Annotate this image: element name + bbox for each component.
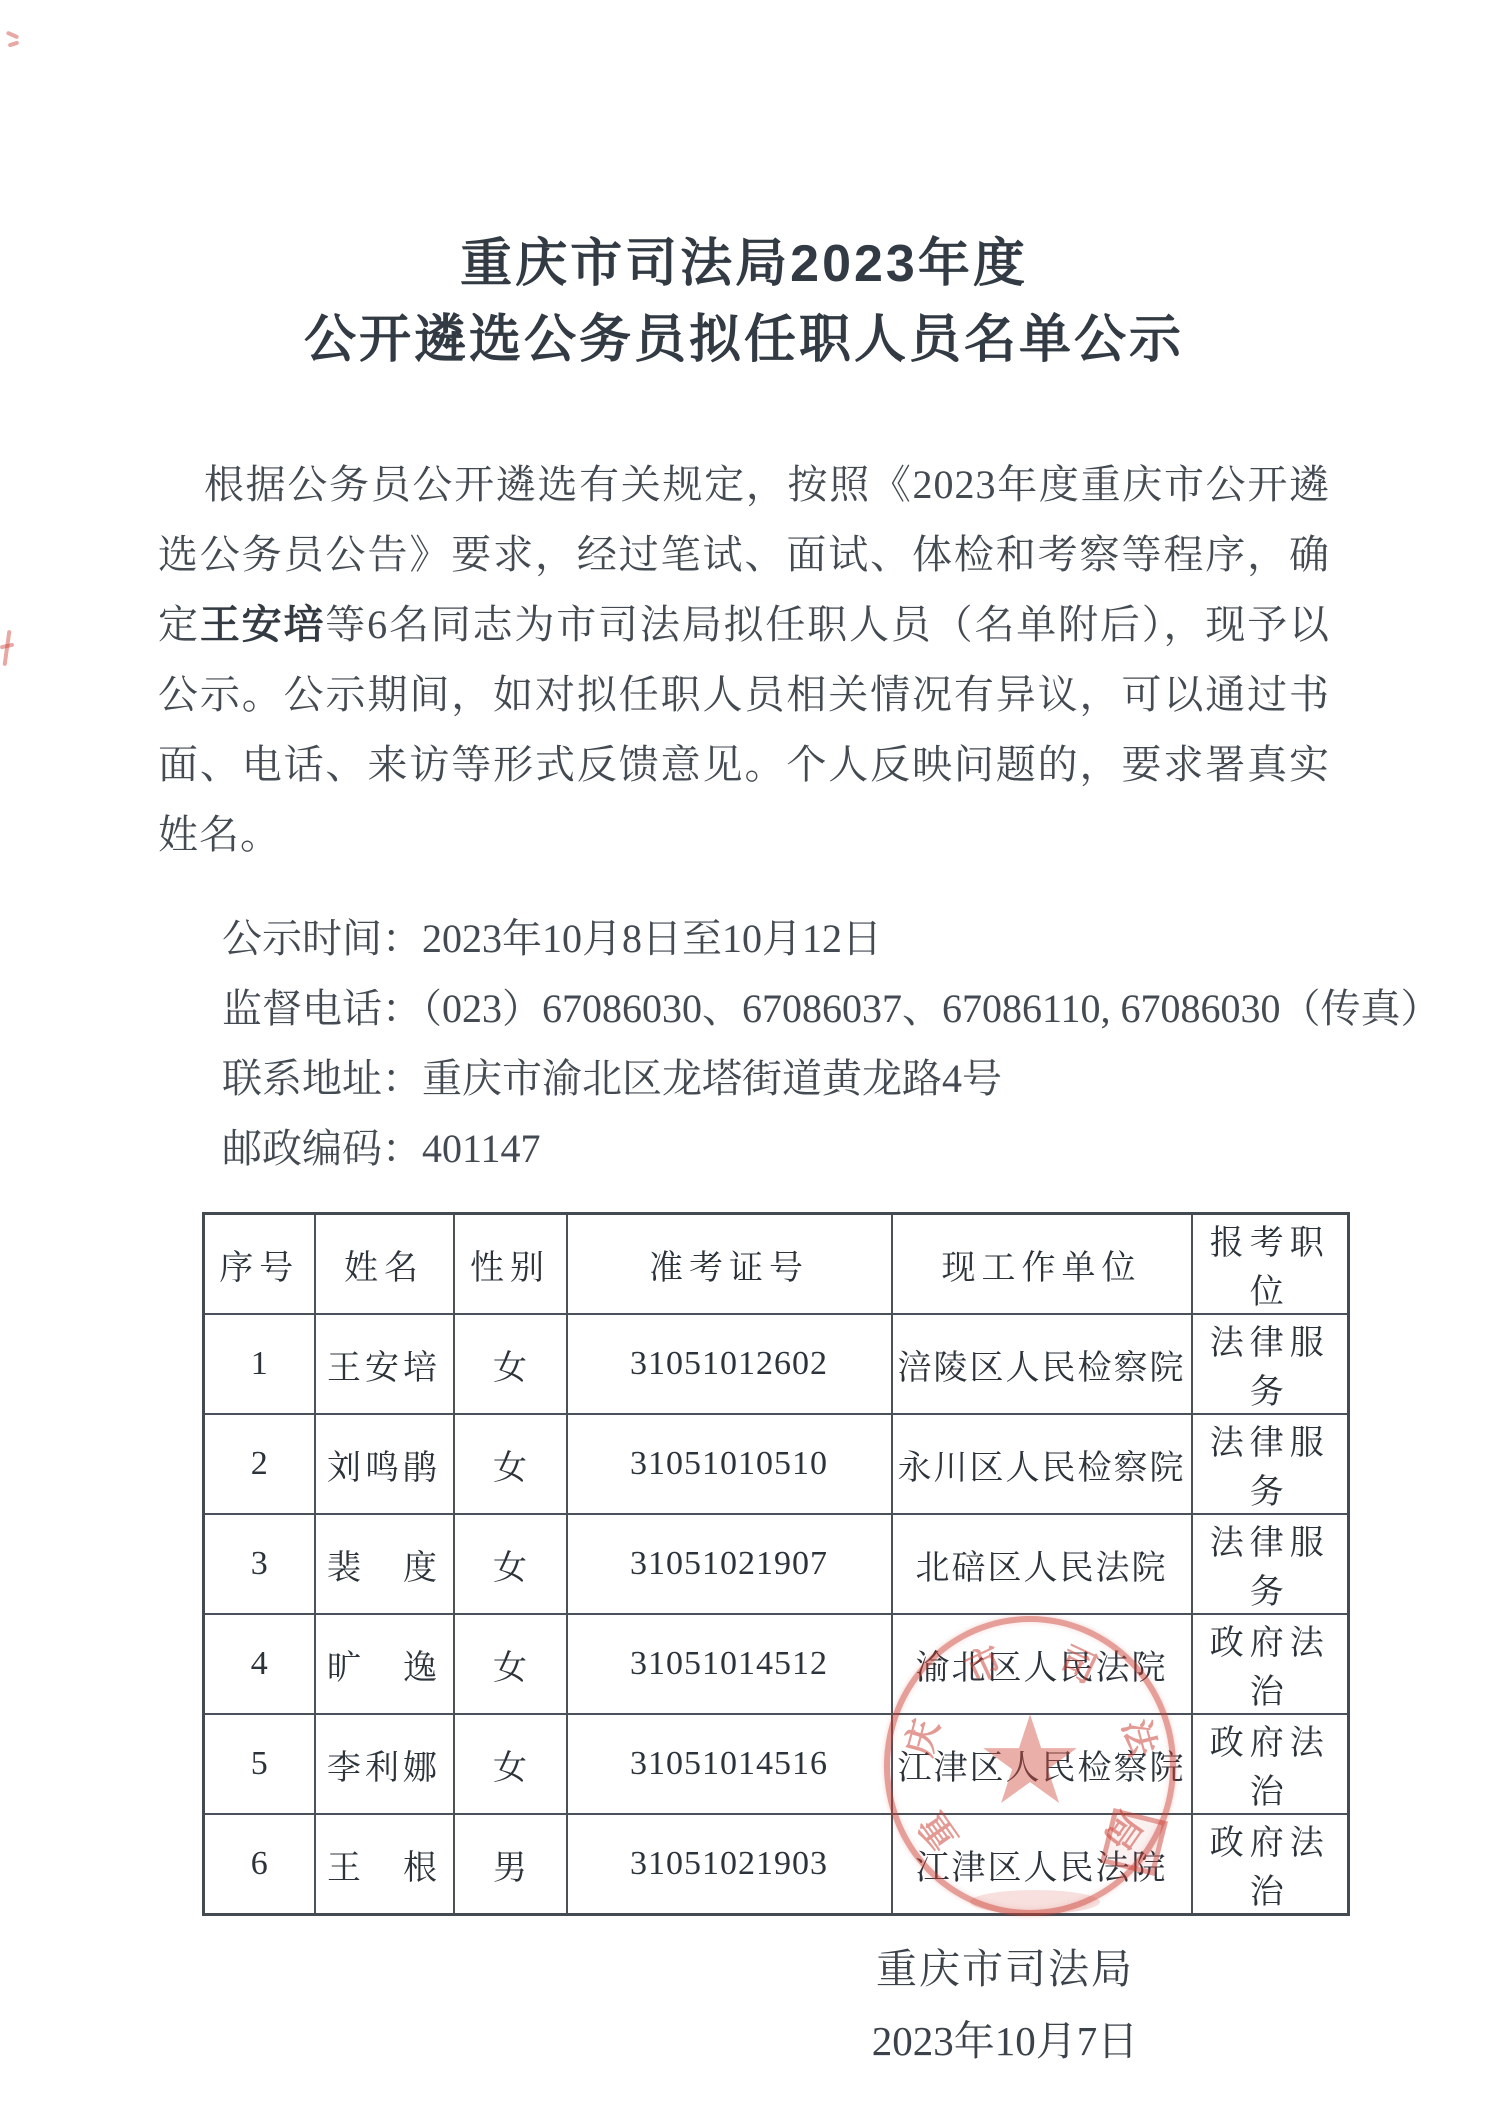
table-cell: 涪陵区人民检察院 xyxy=(892,1314,1192,1414)
table-cell: 31051012602 xyxy=(567,1314,892,1414)
table-cell: 31051014516 xyxy=(567,1714,892,1814)
table-cell: 永川区人民检察院 xyxy=(892,1414,1192,1514)
info-label: 公示时间： xyxy=(222,916,422,961)
table-cell: 女 xyxy=(454,1714,567,1814)
scanned-notice-page: 重庆市司法局2023年度 公开遴选公务员拟任职人员名单公示 根据公务员公开遴选有… xyxy=(0,0,1488,2106)
table-cell: 男 xyxy=(454,1814,567,1915)
table-cell: 3 xyxy=(204,1514,315,1614)
table-header-row: 序号 姓名 性别 准考证号 现工作单位 报考职位 xyxy=(204,1214,1349,1315)
header-cell-ticket-no: 准考证号 xyxy=(567,1214,892,1315)
signature-block: 重庆市司法局 2023年10月7日 xyxy=(865,1940,1145,2070)
table-row: 6 王 根 男 31051021903 江津区人民法院 政府法治 xyxy=(204,1814,1349,1915)
table-row: 4 旷 逸 女 31051014512 渝北区人民法院 政府法治 xyxy=(204,1614,1349,1714)
table-cell: 4 xyxy=(204,1614,315,1714)
info-line-contact-address: 联系地址：重庆市渝北区龙塔街道黄龙路4号 xyxy=(222,1044,1330,1114)
info-label: 联系地址： xyxy=(222,1056,422,1101)
table-cell: 女 xyxy=(454,1514,567,1614)
info-line-publicity-period: 公示时间：2023年10月8日至10月12日 xyxy=(222,904,1330,974)
table-cell: 31051021903 xyxy=(567,1814,892,1915)
candidates-table: 序号 姓名 性别 准考证号 现工作单位 报考职位 1 王安培 女 3105101… xyxy=(202,1212,1350,1916)
table-cell: 2 xyxy=(204,1414,315,1514)
table-cell: 旷 逸 xyxy=(315,1614,454,1714)
table-cell: 女 xyxy=(454,1414,567,1514)
table-cell: 李利娜 xyxy=(315,1714,454,1814)
info-value: （023）67086030、67086037、67086110, 6708603… xyxy=(422,986,1441,1031)
table-cell: 31051010510 xyxy=(567,1414,892,1514)
table-row: 1 王安培 女 31051012602 涪陵区人民检察院 法律服务 xyxy=(204,1314,1349,1414)
table-cell: 政府法治 xyxy=(1192,1714,1349,1814)
table-cell: 政府法治 xyxy=(1192,1614,1349,1714)
info-label: 邮政编码： xyxy=(222,1126,422,1171)
table-cell: 5 xyxy=(204,1714,315,1814)
signature-organization: 重庆市司法局 xyxy=(865,1940,1145,1998)
table-cell: 法律服务 xyxy=(1192,1514,1349,1614)
table-cell: 1 xyxy=(204,1314,315,1414)
table-cell: 31051021907 xyxy=(567,1514,892,1614)
info-value: 401147 xyxy=(422,1126,541,1171)
table-cell: 江津区人民法院 xyxy=(892,1814,1192,1915)
table-cell: 政府法治 xyxy=(1192,1814,1349,1915)
table-cell: 女 xyxy=(454,1314,567,1414)
table-cell: 刘鸣鹃 xyxy=(315,1414,454,1514)
title-line-1: 重庆市司法局2023年度 xyxy=(0,226,1488,302)
document-title: 重庆市司法局2023年度 公开遴选公务员拟任职人员名单公示 xyxy=(0,0,1488,378)
table-row: 5 李利娜 女 31051014516 江津区人民检察院 政府法治 xyxy=(204,1714,1349,1814)
table-cell: 裴 度 xyxy=(315,1514,454,1614)
table-cell: 江津区人民检察院 xyxy=(892,1714,1192,1814)
info-label: 监督电话： xyxy=(222,986,422,1031)
table-row: 3 裴 度 女 31051021907 北碚区人民法院 法律服务 xyxy=(204,1514,1349,1614)
table-cell: 王安培 xyxy=(315,1314,454,1414)
header-cell-position: 报考职位 xyxy=(1192,1214,1349,1315)
table-cell: 渝北区人民法院 xyxy=(892,1614,1192,1714)
contact-info-block: 公示时间：2023年10月8日至10月12日 监督电话：（023）6708603… xyxy=(222,904,1330,1184)
title-line-2: 公开遴选公务员拟任职人员名单公示 xyxy=(0,302,1488,378)
table-cell: 女 xyxy=(454,1614,567,1714)
table-cell: 法律服务 xyxy=(1192,1414,1349,1514)
body-paragraph: 根据公务员公开遴选有关规定，按照《2023年度重庆市公开遴选公务员公告》要求，经… xyxy=(158,450,1330,870)
highlighted-name: 王安培 xyxy=(200,602,325,647)
header-cell-work-unit: 现工作单位 xyxy=(892,1214,1192,1315)
table-cell: 31051014512 xyxy=(567,1614,892,1714)
table-cell: 6 xyxy=(204,1814,315,1915)
info-line-supervision-phone: 监督电话：（023）67086030、67086037、67086110, 67… xyxy=(222,974,1330,1044)
table-row: 2 刘鸣鹃 女 31051010510 永川区人民检察院 法律服务 xyxy=(204,1414,1349,1514)
paragraph-text-after: 等6名同志为市司法局拟任职人员（名单附后），现予以公示。公示期间，如对拟任职人员… xyxy=(158,602,1330,857)
info-line-postal-code: 邮政编码：401147 xyxy=(222,1114,1330,1184)
signature-date: 2023年10月7日 xyxy=(865,2012,1145,2070)
document-body: 根据公务员公开遴选有关规定，按照《2023年度重庆市公开遴选公务员公告》要求，经… xyxy=(158,450,1330,2070)
header-cell-gender: 性别 xyxy=(454,1214,567,1315)
red-ink-artifact xyxy=(0,630,16,672)
header-cell-name: 姓名 xyxy=(315,1214,454,1315)
table-cell: 法律服务 xyxy=(1192,1314,1349,1414)
table-cell: 王 根 xyxy=(315,1814,454,1915)
table-cell: 北碚区人民法院 xyxy=(892,1514,1192,1614)
info-value: 2023年10月8日至10月12日 xyxy=(422,916,882,961)
header-cell-index: 序号 xyxy=(204,1214,315,1315)
info-value: 重庆市渝北区龙塔街道黄龙路4号 xyxy=(422,1056,1002,1101)
